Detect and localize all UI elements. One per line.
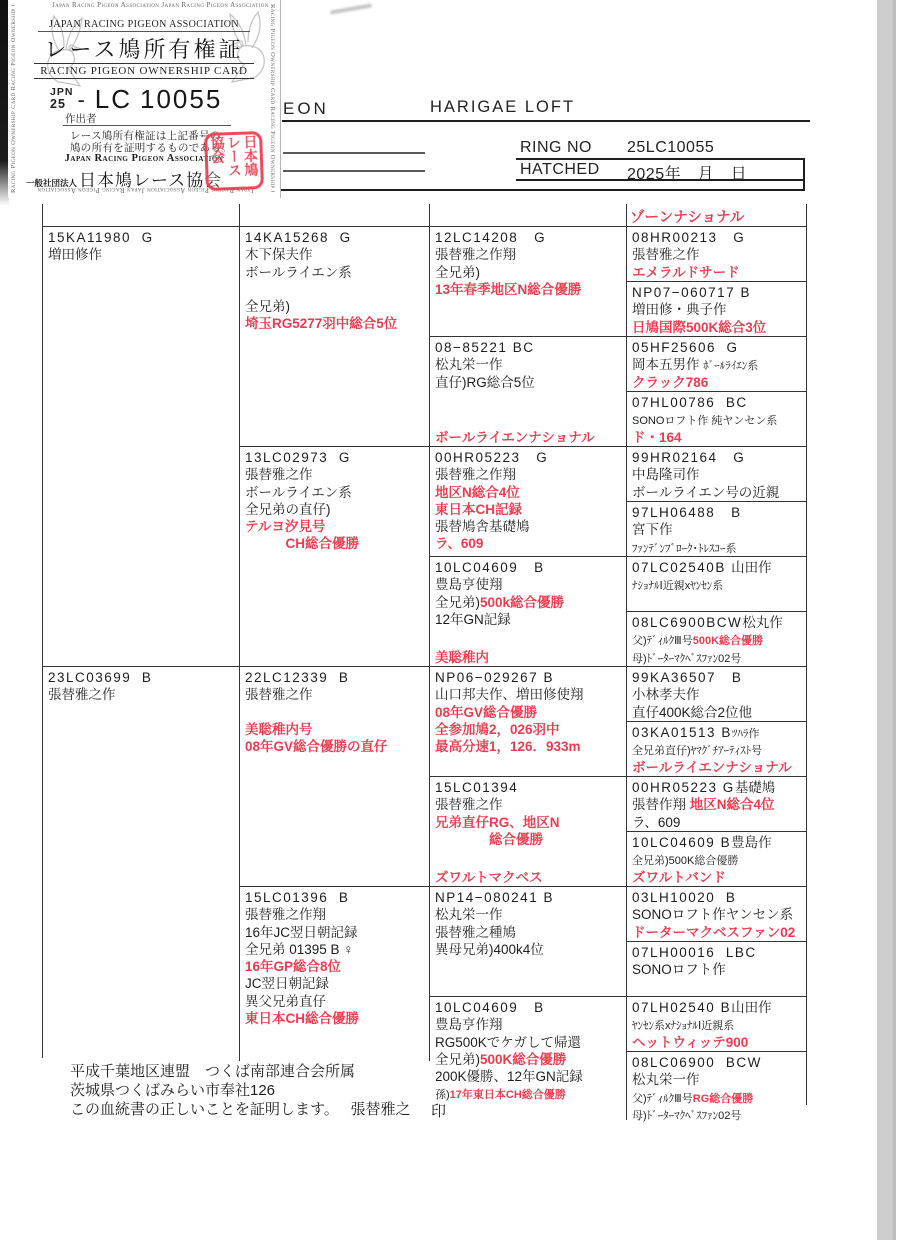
pedigree-line: 埼玉RG5277羽中総合5位 xyxy=(245,315,427,332)
pedigree-text-segment: 東日本CH総合優勝 xyxy=(245,1011,359,1026)
pedigree-text-segment: RG500Kでケガして帰還 xyxy=(435,1035,581,1050)
scan-white-patch xyxy=(40,1058,46,1122)
pedigree-line: SONOロフト作 xyxy=(632,961,804,978)
pedigree-line: SONOロフト作 純ヤンセン系 xyxy=(632,411,804,428)
pedigree-text-segment: 松丸作 xyxy=(742,615,783,630)
pedigree-line: 全兄弟)500K総合優勝 xyxy=(435,1051,624,1068)
card-organization: 一般社団法人日本鳩レース協会 xyxy=(26,166,222,191)
breeder-label: 作出者 xyxy=(65,111,97,126)
pedigree-certificate-scan: Japan Racing Pigeon Association Japan Ra… xyxy=(0,0,900,1240)
pedigree-cell-gen3-8: 10LC04609 B豊島亨作翔RG500Kでケガして帰還全兄弟)500K総合優… xyxy=(429,996,626,1120)
pedigree-line: 99KA36507 B xyxy=(632,669,804,686)
pedigree-line: ボールライエン号の近親 xyxy=(632,484,804,501)
pedigree-text-segment: 200K優勝、12年GN記録 xyxy=(435,1069,583,1084)
pedigree-line: 東日本CH総合優勝 xyxy=(245,1010,427,1027)
pedigree-text-segment: 張替作翔 xyxy=(632,797,690,812)
pedigree-line: 総合優勝 xyxy=(435,831,624,848)
pedigree-text-segment: ズワルトバンド xyxy=(632,870,726,885)
pedigree-text-segment: 豊島亨使翔 xyxy=(435,577,503,592)
pedigree-line: 07LH02540 B山田作 xyxy=(632,999,804,1016)
pedigree-line: 全兄弟直仔)ﾔﾏｸﾞﾁｱｰﾃｨｽﾄ号 xyxy=(632,741,804,758)
pedigree-text-segment: 00HR05223 G xyxy=(632,780,735,795)
card-association-english: JAPAN RACING PIGEON ASSOCIATION xyxy=(38,19,250,32)
pedigree-text-segment: ボールライエンナショナル xyxy=(435,430,595,445)
pedigree-text-segment: SONOロフト作ヤンセン系 xyxy=(632,907,793,922)
pedigree-text-segment: 張替雅之作 xyxy=(632,247,700,262)
pedigree-line: 22LC12339 B xyxy=(245,669,427,686)
pedigree-line: 最高分速1，126．933m xyxy=(435,738,624,755)
pedigree-text-segment: 張替鳩舎基礎鳩 xyxy=(435,519,530,534)
pedigree-text-segment: 張替雅之種鳩 xyxy=(435,925,516,940)
ownership-card: Japan Racing Pigeon Association Japan Ra… xyxy=(8,0,281,198)
pedigree-line: 全兄弟) xyxy=(435,264,624,281)
pedigree-line: 99HR02164 G xyxy=(632,449,804,466)
pedigree-text-segment: 全兄弟直仔)ﾔﾏｸﾞﾁｱｰﾃｨｽﾄ号 xyxy=(632,745,762,757)
card-subtitle-english: RACING PIGEON OWNERSHIP CARD xyxy=(34,63,254,79)
pedigree-text-segment: 12年GN記録 xyxy=(435,612,511,627)
pedigree-name-row-stub xyxy=(429,204,626,226)
pedigree-line: 美聡稚内 xyxy=(435,649,624,666)
pedigree-text-segment: 東日本CH記録 xyxy=(435,502,522,517)
pedigree-name-row-stub xyxy=(239,204,429,226)
pedigree-text-segment: 兄弟直仔RG、地区N xyxy=(435,815,560,830)
pedigree-line: 異母兄弟)400k4位 xyxy=(435,941,624,958)
pedigree-cell-gen4-6: 97LH06488 B宮下作ﾌｧﾝﾃﾞﾝﾌﾞﾛｰｸ･ﾄﾚｽｺｰ系 xyxy=(626,501,806,556)
pedigree-text-segment: JC翌日朝記録 xyxy=(245,976,329,991)
card-ring-series: LC xyxy=(95,84,132,115)
pedigree-line: 97LH06488 B xyxy=(632,504,804,521)
pedigree-text-segment: 松丸栄一作 xyxy=(435,357,503,372)
pedigree-line: 美聡稚内号 xyxy=(245,721,427,738)
pedigree-line: 豊島亨作翔 xyxy=(435,1016,624,1033)
pedigree-text-segment: ドーターマクベスファン02 xyxy=(632,925,795,940)
pedigree-cell-gen4-15: 07LH02540 B山田作ﾔﾝｾﾝ系xﾅｼｮﾅﾙⅠ近親系ヘットウィッテ900 xyxy=(626,996,806,1051)
pedigree-text-segment: 全兄弟の直仔) xyxy=(245,502,331,517)
pedigree-line: 00HR05223 G xyxy=(435,449,624,466)
pedigree-text-segment: 500K総合優勝 xyxy=(480,1052,566,1067)
pedigree-text-segment: 08年GV総合優勝の直仔 xyxy=(245,739,388,754)
inkan-seal-mark: 印 xyxy=(431,1100,446,1121)
pedigree-line: JC翌日朝記録 xyxy=(245,975,427,992)
pedigree-line: 母)ﾄﾞｰﾀｰﾏｸﾍﾞｽﾌｧﾝ02号 xyxy=(632,1106,804,1123)
pedigree-line: 張替雅之作翔 xyxy=(435,466,624,483)
pedigree-line: 全兄弟 01395 B ♀ xyxy=(245,941,427,958)
pedigree-line: 全兄弟)500K総合優勝 xyxy=(632,851,804,868)
pedigree-line: 全兄弟)500k総合優勝 xyxy=(435,594,624,611)
pedigree-cell-gen3-6: 15LC01394張替雅之作兄弟直仔RG、地区N 総合優勝ズワルトマクベス xyxy=(429,776,626,886)
pedigree-text-segment: 08LC6900BCW xyxy=(632,615,742,630)
pedigree-line: ﾅｼｮﾅﾙⅠ近親xﾔﾝｾﾝ系 xyxy=(632,576,804,593)
pedigree-name-row-stub xyxy=(43,204,239,226)
pedigree-line: 03LH10020 B xyxy=(632,889,804,906)
pedigree-text-segment: 15KA11980 G xyxy=(48,230,154,245)
pedigree-line: 松丸栄一作 xyxy=(632,1071,804,1088)
pedigree-text-segment: 豊島亨作翔 xyxy=(435,1017,503,1032)
pedigree-text-segment: ボールライエンナショナル xyxy=(632,760,792,775)
header-right-closer xyxy=(803,158,805,191)
hatched-underline xyxy=(516,179,805,181)
pedigree-line: 16年GP総合8位 xyxy=(245,958,427,975)
pedigree-text-segment: 全兄弟) xyxy=(435,265,480,280)
pedigree-text-segment: 山田作 xyxy=(731,560,772,575)
pedigree-text-segment: 12LC14208 G xyxy=(435,230,546,245)
pedigree-text-segment: 母)ﾄﾞｰﾀｰﾏｸﾍﾞｽﾌｧﾝ02号 xyxy=(632,1110,741,1122)
pedigree-text-segment: 地区N総合4位 xyxy=(435,485,520,500)
pedigree-text-segment: 07LH02540 B xyxy=(632,1000,731,1015)
pedigree-cell-gen3-5: NP06−029267 B山口邦夫作、増田修使翔08年GV総合優勝全参加鳩2，0… xyxy=(429,666,626,776)
pedigree-line: ラ、609 xyxy=(435,535,624,552)
pedigree-line: NP07−060717 B xyxy=(632,284,804,301)
pedigree-line: 宮下作 xyxy=(632,521,804,538)
pedigree-text-segment: 全兄弟) xyxy=(245,299,290,314)
pedigree-line: 岡本五男作 ﾎﾞｰﾙﾗｲｴﾝ系 xyxy=(632,356,804,373)
pedigree-text-segment: 03KA01513 B xyxy=(632,725,732,740)
pedigree-line: 15LC01394 xyxy=(435,779,624,796)
pedigree-line: ボールライエン系 xyxy=(245,264,427,281)
pedigree-text-segment: 張替雅之作 xyxy=(435,797,503,812)
pedigree-text-segment: ラ、609 xyxy=(632,815,680,830)
pedigree-text-segment: 13年春季地区N総合優勝 xyxy=(435,282,581,297)
hatched-label: HATCHED xyxy=(520,161,600,179)
pedigree-line: 07HL00786 BC xyxy=(632,394,804,411)
pedigree-line: 小林孝夫作 xyxy=(632,686,804,703)
pedigree-line: 13LC02973 G xyxy=(245,449,427,466)
pedigree-line: クラック786 xyxy=(632,374,804,391)
pedigree-text-segment: エメラルドサード xyxy=(632,265,740,280)
pedigree-text-segment: 宮下作 xyxy=(632,522,673,537)
header-bottom-rule xyxy=(280,189,805,191)
pedigree-text-segment: 17年東日本CH総合優勝 xyxy=(450,1089,566,1101)
pedigree-text-segment: SONOロフト作 純ヤンセン系 xyxy=(632,415,777,427)
pedigree-text-segment: 08HR00213 G xyxy=(632,230,745,245)
pedigree-line: ボールライエン系 xyxy=(245,484,427,501)
pedigree-line: 張替雅之作 xyxy=(632,246,804,263)
pigeon-name-zone-national: ゾーンナショナル xyxy=(627,204,806,227)
pedigree-cell-gen1-2: 23LC03699 B張替雅之作 xyxy=(43,666,239,1120)
pedigree-text-segment: 松丸栄一作 xyxy=(435,907,503,922)
pedigree-text-segment: 15LC01394 xyxy=(435,780,518,795)
pedigree-text-segment: 500k総合優勝 xyxy=(480,595,564,610)
seal-text: レース xyxy=(225,135,242,188)
pedigree-text-segment: 張替雅之作 xyxy=(48,687,116,702)
pedigree-line: ﾌｧﾝﾃﾞﾝﾌﾞﾛｰｸ･ﾄﾚｽｺｰ系 xyxy=(632,539,804,556)
card-year: 25 xyxy=(50,98,73,111)
pedigree-line: 父)ﾃﾞｨﾙｸⅢ号500K総合優勝 xyxy=(632,631,804,648)
pedigree-line: ド・164 xyxy=(632,429,804,446)
pedigree-text-segment: 山田作 xyxy=(731,1000,772,1015)
pedigree-cell-gen4-5: 99HR02164 G中島隆司作ボールライエン号の近親 xyxy=(626,446,806,501)
pedigree-title-fragment: EON xyxy=(283,99,329,119)
pedigree-cell-gen3-7: NP14−080241 B松丸栄一作張替雅之種鳩異母兄弟)400k4位 xyxy=(429,886,626,996)
card-border-text-left: Racing Pigeon Ownership Card Racing Pige… xyxy=(10,5,19,193)
pedigree-text-segment: ボールライエン系 xyxy=(245,485,352,500)
pedigree-text-segment: ド・164 xyxy=(632,430,682,445)
pedigree-text-segment: 99KA36507 B xyxy=(632,670,742,685)
pedigree-text-segment: 豊島作 xyxy=(731,835,772,850)
pedigree-text-segment: 07LH00016 LBC xyxy=(632,945,757,960)
pedigree-text-segment: CH総合優勝 xyxy=(245,536,359,551)
pedigree-line: 16年JC翌日朝記録 xyxy=(245,924,427,941)
pedigree-text-segment: 10LC04609 B xyxy=(435,1000,545,1015)
pedigree-line: 05HF25606 G xyxy=(632,339,804,356)
pedigree-cell-gen3-2: 08−85221 BC松丸栄一作直仔)RG総合5位ボールライエンナショナル xyxy=(429,336,626,446)
pedigree-line: 山口邦夫作、増田修使翔 xyxy=(435,686,624,703)
pedigree-text-segment: 22LC12339 B xyxy=(245,670,349,685)
pedigree-table: ゾーンナショナル 15KA11980 G増田修作23LC03699 B張替雅之作… xyxy=(42,204,807,1105)
card-title-japanese: レース鳩所有権証 xyxy=(30,33,258,64)
breeder-underline xyxy=(63,125,231,126)
pedigree-line: 直仔)RG総合5位 xyxy=(435,374,624,391)
pedigree-line: ボールライエンナショナル xyxy=(632,759,804,776)
pedigree-line: 兄弟直仔RG、地区N xyxy=(435,814,624,831)
pedigree-line: 豊島亨使翔 xyxy=(435,576,624,593)
pedigree-line xyxy=(245,281,427,298)
pedigree-text-segment: RG総合優勝 xyxy=(693,1093,754,1105)
pedigree-line: 孫)17年東日本CH総合優勝 xyxy=(435,1085,624,1102)
pedigree-text-segment: 日鳩国際500K総合3位 xyxy=(632,320,766,335)
seal-text: 日本鳩 xyxy=(242,134,259,187)
pedigree-text-segment: 10LC04609 B xyxy=(632,835,731,850)
pedigree-line: 張替作翔 地区N総合4位 xyxy=(632,796,804,813)
pedigree-text-segment: 16年JC翌日朝記録 xyxy=(245,925,358,940)
pedigree-line: エメラルドサード xyxy=(632,264,804,281)
pedigree-text-segment: テルヨ汐見号 xyxy=(245,519,325,534)
pedigree-line: 日鳩国際500K総合3位 xyxy=(632,319,804,336)
pedigree-text-segment: 97LH06488 B xyxy=(632,505,742,520)
pedigree-line: ズワルトバンド xyxy=(632,869,804,886)
pedigree-text-segment: 05HF25606 G xyxy=(632,340,739,355)
pedigree-line: 全兄弟の直仔) xyxy=(245,501,427,518)
pedigree-text-segment: NP14−080241 B xyxy=(435,890,554,905)
pedigree-text-segment: ﾎﾞｰﾙﾗｲｴﾝ系 xyxy=(703,360,758,372)
pedigree-text-segment: 異父兄弟直仔 xyxy=(245,994,326,1009)
pedigree-text-segment: 異母兄弟)400k4位 xyxy=(435,942,544,957)
pedigree-text-segment: 基礎鳩 xyxy=(735,780,776,795)
pedigree-text-segment: 07LC02540B xyxy=(632,560,731,575)
card-ring-dash: - xyxy=(77,87,84,113)
pedigree-line: ヘットウィッテ900 xyxy=(632,1034,804,1051)
pedigree-line: ズワルトマクベス xyxy=(435,869,624,886)
pedigree-line: 07LH00016 LBC xyxy=(632,944,804,961)
pedigree-line: 全参加鳩2，026羽中 xyxy=(435,721,624,738)
pedigree-line: SONOロフト作ヤンセン系 xyxy=(632,906,804,923)
pedigree-line xyxy=(245,704,427,721)
pedigree-text-segment: 23LC03699 B xyxy=(48,670,152,685)
certify-line: この血統書の正しいことを証明します。 張替雅之 xyxy=(70,1101,436,1120)
pedigree-line: 増田修・典子作 xyxy=(632,301,804,318)
pedigree-line: 張替雅之作 xyxy=(48,686,237,703)
pedigree-text-segment: 直仔400K総合2位他 xyxy=(632,705,752,720)
pedigree-cell-gen3-1: 12LC14208 G張替雅之作翔全兄弟)13年春季地区N総合優勝 xyxy=(429,226,626,336)
pedigree-text-segment: 00HR05223 G xyxy=(435,450,548,465)
pedigree-cell-gen4-7: 07LC02540B 山田作ﾅｼｮﾅﾙⅠ近親xﾔﾝｾﾝ系 xyxy=(626,556,806,611)
pedigree-text-segment: ﾂﾊﾗ作 xyxy=(732,728,760,740)
pedigree-line: 全兄弟) xyxy=(245,298,427,315)
pedigree-line: 張替雅之作 xyxy=(245,466,427,483)
pedigree-text-segment: 増田修作 xyxy=(48,247,102,262)
pedigree-text-segment: 松丸栄一作 xyxy=(632,1072,700,1087)
pedigree-text-segment: クラック786 xyxy=(632,375,708,390)
pedigree-text-segment: 中島隆司作 xyxy=(632,467,700,482)
pedigree-cell-gen4-2: NP07−060717 B増田修・典子作日鳩国際500K総合3位 xyxy=(626,281,806,336)
pedigree-text-segment: ヘットウィッテ900 xyxy=(632,1035,748,1050)
address-line: 茨城県つくばみらい市奉社126 xyxy=(70,1082,436,1101)
owner-field-line xyxy=(283,170,425,172)
pedigree-cell-gen2-3: 22LC12339 B張替雅之作 美聡稚内号08年GV総合優勝の直仔 xyxy=(239,666,429,886)
pedigree-line: 張替雅之種鳩 xyxy=(435,924,624,941)
pedigree-line: ボールライエンナショナル xyxy=(435,429,624,446)
pedigree-text-segment: ﾅｼｮﾅﾙⅠ近親xﾔﾝｾﾝ系 xyxy=(632,580,723,592)
pedigree-line: 張替雅之作翔 xyxy=(245,906,427,923)
pedigree-cell-gen4-3: 05HF25606 G岡本五男作 ﾎﾞｰﾙﾗｲｴﾝ系クラック786 xyxy=(626,336,806,391)
pedigree-cell-gen4-9: 99KA36507 B小林孝夫作直仔400K総合2位他 xyxy=(626,666,806,721)
ring-no-label: RING NO xyxy=(520,139,592,157)
pedigree-line: ﾔﾝｾﾝ系xﾅｼｮﾅﾙⅠ近親系 xyxy=(632,1016,804,1033)
pedigree-text-segment: ラ、609 xyxy=(435,536,483,551)
pedigree-text-segment: 10LC04609 B xyxy=(435,560,545,575)
pedigree-text-segment: NP07−060717 B xyxy=(632,285,751,300)
pedigree-line: 増田修作 xyxy=(48,246,237,263)
pedigree-text-segment: 張替雅之作 xyxy=(245,687,313,702)
pedigree-cell-gen4-16: 08LC06900 BCW松丸栄一作父)ﾃﾞｨﾙｸⅢ号RG総合優勝母)ﾄﾞｰﾀｰ… xyxy=(626,1051,806,1120)
federation-line: 平成千葉地区連盟 つくば南部連合会所属 xyxy=(70,1063,436,1082)
pedigree-line: NP06−029267 B xyxy=(435,669,624,686)
pedigree-text-segment xyxy=(245,282,249,297)
pedigree-line: 03KA01513 Bﾂﾊﾗ作 xyxy=(632,724,804,741)
pedigree-text-segment: 全参加鳩2，026羽中 xyxy=(435,722,560,737)
scan-edge-gray-band xyxy=(877,0,893,1240)
pedigree-line: NP14−080241 B xyxy=(435,889,624,906)
pedigree-cell-gen4-13: 03LH10020 BSONOロフト作ヤンセン系ドーターマクベスファン02 xyxy=(626,886,806,941)
pedigree-line: 中島隆司作 xyxy=(632,466,804,483)
pedigree-text-segment: 08年GV総合優勝 xyxy=(435,705,537,720)
pedigree-cell-gen4-1: 08HR00213 G張替雅之作エメラルドサード xyxy=(626,226,806,281)
pedigree-line: 10LC04609 B xyxy=(435,559,624,576)
pedigree-text-segment xyxy=(245,705,249,720)
pedigree-text-segment: ボールライエン号の近親 xyxy=(632,485,779,500)
pedigree-text-segment: 08LC06900 BCW xyxy=(632,1055,762,1070)
pedigree-text-segment: 張替雅之作翔 xyxy=(435,467,516,482)
pedigree-text-segment: 99HR02164 G xyxy=(632,450,745,465)
pedigree-line: ラ、609 xyxy=(632,814,804,831)
pedigree-text-segment: 岡本五男作 xyxy=(632,357,703,372)
pedigree-text-segment: 13LC02973 G xyxy=(245,450,351,465)
pedigree-line: 00HR05223 G基礎鳩 xyxy=(632,779,804,796)
pedigree-line: 10LC04609 B xyxy=(435,999,624,1016)
pedigree-cell-gen4-8: 08LC6900BCW松丸作父)ﾃﾞｨﾙｸⅢ号500K総合優勝母)ﾄﾞｰﾀｰﾏｸ… xyxy=(626,611,806,666)
pedigree-line: 父)ﾃﾞｨﾙｸⅢ号RG総合優勝 xyxy=(632,1089,804,1106)
pedigree-line: 15LC01396 B xyxy=(245,889,427,906)
pedigree-text-segment: 全兄弟)500K総合優勝 xyxy=(632,855,738,867)
org-type-label: 一般社団法人 xyxy=(26,178,77,188)
pedigree-line: 08−85221 BC xyxy=(435,339,624,356)
pedigree-line: 200K優勝、12年GN記録 xyxy=(435,1068,624,1085)
pedigree-text-segment: 08−85221 BC xyxy=(435,340,534,355)
pedigree-text-segment: 16年GP総合8位 xyxy=(245,959,341,974)
pedigree-line: 異父兄弟直仔 xyxy=(245,993,427,1010)
pedigree-text-segment: 張替雅之作 xyxy=(245,467,313,482)
pedigree-text-segment: 地区N総合4位 xyxy=(690,797,775,812)
pedigree-text-segment: 全兄弟 01395 B ♀ xyxy=(245,942,353,957)
ring-no-value: 25LC10055 xyxy=(627,139,714,157)
pedigree-cell-gen4-14: 07LH00016 LBCSONOロフト作 xyxy=(626,941,806,996)
ring-underline xyxy=(516,158,805,160)
pedigree-line: 12LC14208 G xyxy=(435,229,624,246)
header-rule xyxy=(282,120,810,122)
pedigree-text-segment: 最高分速1，126．933m xyxy=(435,739,581,754)
pedigree-text-segment: ズワルトマクベス xyxy=(435,870,543,885)
pedigree-cell-gen4-11: 00HR05223 G基礎鳩張替作翔 地区N総合4位ラ、609 xyxy=(626,776,806,831)
pedigree-text-segment: ﾌｧﾝﾃﾞﾝﾌﾞﾛｰｸ･ﾄﾚｽｺｰ系 xyxy=(632,543,737,555)
pedigree-text-segment: 父)ﾃﾞｨﾙｸⅢ号 xyxy=(632,1093,693,1105)
pedigree-name-row: ゾーンナショナル xyxy=(626,204,806,226)
pedigree-text-segment: 母)ﾄﾞｰﾀｰﾏｸﾍﾞｽﾌｧﾝ02号 xyxy=(632,653,741,665)
pedigree-cell-gen4-4: 07HL00786 BCSONOロフト作 純ヤンセン系ド・164 xyxy=(626,391,806,446)
pedigree-line: 23LC03699 B xyxy=(48,669,237,686)
pedigree-line: RG500Kでケガして帰還 xyxy=(435,1034,624,1051)
pedigree-line: 地区N総合4位 xyxy=(435,484,624,501)
pedigree-line: 張替雅之作翔 xyxy=(435,246,624,263)
pedigree-text-segment: 03LH10020 B xyxy=(632,890,736,905)
pedigree-line: 14KA15268 G xyxy=(245,229,427,246)
pedigree-text-segment: 全兄弟) xyxy=(435,595,480,610)
pedigree-text-segment: 500K総合優勝 xyxy=(693,635,763,647)
pedigree-text-segment: 総合優勝 xyxy=(435,832,543,847)
pedigree-line: 張替雅之作 xyxy=(435,796,624,813)
pedigree-line: 08LC06900 BCW xyxy=(632,1054,804,1071)
pedigree-line: 松丸栄一作 xyxy=(435,906,624,923)
pedigree-line: 東日本CH記録 xyxy=(435,501,624,518)
pedigree-line: ドーターマクベスファン02 xyxy=(632,924,804,941)
pedigree-cell-gen3-3: 00HR05223 G張替雅之作翔地区N総合4位東日本CH記録張替鳩舎基礎鳩ラ、… xyxy=(429,446,626,556)
certification-block: 平成千葉地区連盟 つくば南部連合会所属 茨城県つくばみらい市奉社126 この血統… xyxy=(60,1061,436,1126)
pedigree-line: 直仔400K総合2位他 xyxy=(632,704,804,721)
card-ring-digits: 10055 xyxy=(140,84,222,115)
pedigree-cell-gen2-2: 13LC02973 G張替雅之作ボールライエン系全兄弟の直仔)テルヨ汐見号 CH… xyxy=(239,446,429,666)
scan-edge-line xyxy=(893,0,896,1240)
pedigree-text-segment: 美聡稚内 xyxy=(435,650,489,665)
scan-smudge xyxy=(330,3,372,14)
pedigree-cell-gen3-4: 10LC04609 B豊島亨使翔全兄弟)500k総合優勝12年GN記録美聡稚内 xyxy=(429,556,626,666)
pedigree-text-segment: NP06−029267 B xyxy=(435,670,554,685)
pedigree-text-segment: ボールライエン系 xyxy=(245,265,352,280)
pedigree-text-segment: 全兄弟) xyxy=(435,1052,480,1067)
pedigree-line: 母)ﾄﾞｰﾀｰﾏｸﾍﾞｽﾌｧﾝ02号 xyxy=(632,649,804,666)
pedigree-text-segment: 07HL00786 BC xyxy=(632,395,748,410)
pedigree-text-segment: 山口邦夫作、増田修使翔 xyxy=(435,687,584,702)
pedigree-text-segment: 美聡稚内号 xyxy=(245,722,313,737)
pedigree-text-segment: 直仔)RG総合5位 xyxy=(435,375,535,390)
pedigree-text-segment: 15LC01396 B xyxy=(245,890,349,905)
pedigree-text-segment: SONOロフト作 xyxy=(632,962,726,977)
pedigree-line: 10LC04609 B豊島作 xyxy=(632,834,804,851)
pedigree-line: 13年春季地区N総合優勝 xyxy=(435,281,624,298)
loft-name: HARIGAE LOFT xyxy=(430,98,575,117)
pedigree-text-segment: 増田修・典子作 xyxy=(632,302,727,317)
pedigree-text-segment: 張替雅之作翔 xyxy=(245,907,326,922)
pedigree-line: 張替鳩舎基礎鳩 xyxy=(435,518,624,535)
pedigree-line: 08年GV総合優勝 xyxy=(435,704,624,721)
pedigree-line: 松丸栄一作 xyxy=(435,356,624,373)
pedigree-line: 張替雅之作 xyxy=(245,686,427,703)
pedigree-text-segment: ﾔﾝｾﾝ系xﾅｼｮﾅﾙⅠ近親系 xyxy=(632,1020,734,1032)
pedigree-line: 07LC02540B 山田作 xyxy=(632,559,804,576)
pedigree-line: テルヨ汐見号 xyxy=(245,518,427,535)
pedigree-cell-gen4-12: 10LC04609 B豊島作全兄弟)500K総合優勝ズワルトバンド xyxy=(626,831,806,886)
seal-text: 協会 xyxy=(209,135,226,188)
pedigree-cell-gen4-10: 03KA01513 Bﾂﾊﾗ作全兄弟直仔)ﾔﾏｸﾞﾁｱｰﾃｨｽﾄ号ボールライエン… xyxy=(626,721,806,776)
pedigree-cell-gen2-1: 14KA15268 G木下保夫作ボールライエン系 全兄弟)埼玉RG5277羽中総… xyxy=(239,226,429,446)
